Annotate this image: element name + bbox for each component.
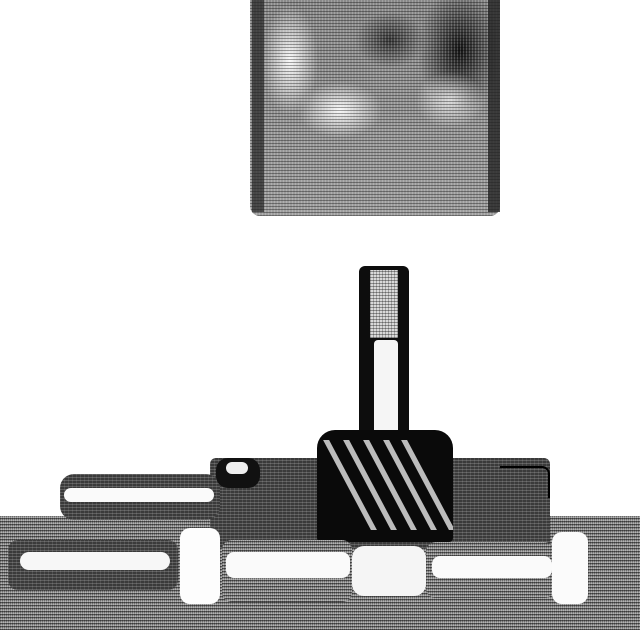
textured-block <box>250 0 500 216</box>
back-roller-highlight <box>64 488 214 502</box>
block-right-edge <box>488 0 500 212</box>
front-roller-1-highlight <box>20 552 170 570</box>
photo-scene <box>0 0 640 630</box>
shaft-highlight <box>374 340 398 440</box>
front-roller-3 <box>352 546 426 596</box>
small-fitting-highlight <box>226 462 248 474</box>
plate-edge <box>500 466 550 498</box>
front-roller-2-end <box>180 528 220 604</box>
front-roller-2-highlight <box>226 552 350 578</box>
block-left-edge <box>252 0 264 212</box>
helical-gear <box>317 430 453 542</box>
shaft-upper-highlight <box>370 270 398 338</box>
front-roller-4-highlight <box>432 556 552 578</box>
front-roller-5-end <box>552 532 588 604</box>
